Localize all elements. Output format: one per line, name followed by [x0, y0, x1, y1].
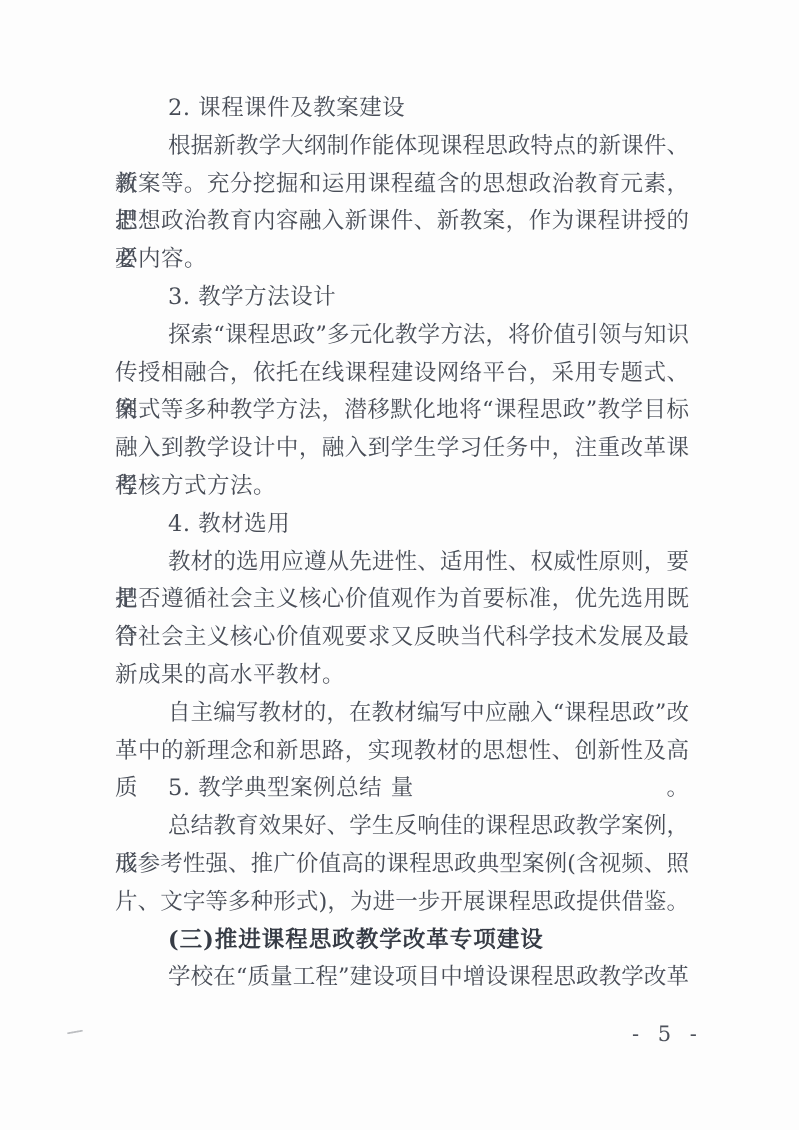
- text-line: 是否遵循社会主义核心价值观作为首要标准，优先选用既符: [115, 581, 689, 619]
- text-line: 例式等多种教学方法，潜移默化地将“课程思政”教学目标: [115, 392, 689, 430]
- text-line: 传授相融合，依托在线课程建设网络平台，采用专题式、案: [115, 355, 689, 393]
- text-line: 学校在“质量工程”建设项目中增设课程思政教学改革: [115, 959, 689, 997]
- text-line: 片、文字等多种形式)，为进一步开展课程思政提供借鉴。: [115, 884, 689, 922]
- text-line: 新成果的高水平教材。: [115, 657, 689, 695]
- text-line: 自主编写教材的，在教材编写中应融入“课程思政”改: [115, 695, 689, 733]
- text-line: 根据新教学大纲制作能体现课程思政特点的新课件、新: [115, 128, 689, 166]
- text-line: 思想政治教育内容融入新课件、新教案，作为课程讲授的必: [115, 203, 689, 241]
- text-line: 教材的选用应遵从先进性、适用性、权威性原则，要把: [115, 544, 689, 582]
- scan-artifact-mark: [67, 1030, 83, 1035]
- text-line: 融入到教学设计中，融入到学生学习任务中，注重改革课程: [115, 430, 689, 468]
- text-line: 要内容。: [115, 241, 689, 279]
- document-text-block: 2. 课程课件及教案建设 根据新教学大纲制作能体现课程思政特点的新课件、新 教案…: [115, 90, 689, 997]
- text-line: 考核方式方法。: [115, 468, 689, 506]
- text-line: 成参考性强、推广价值高的课程思政典型案例(含视频、照: [115, 846, 689, 884]
- text-line: 合社会主义核心价值观要求又反映当代科学技术发展及最: [115, 619, 689, 657]
- numbered-heading: 2. 课程课件及教案建设: [115, 90, 689, 128]
- numbered-heading: 3. 教学方法设计: [115, 279, 689, 317]
- scanned-document-page: 2. 课程课件及教案建设 根据新教学大纲制作能体现课程思政特点的新课件、新 教案…: [0, 0, 799, 1130]
- text-line: 革中的新理念和新思路，实现教材的思想性、创新性及高质量。: [115, 733, 689, 771]
- section-heading: (三)推进课程思政教学改革专项建设: [115, 922, 689, 960]
- text-line: 探索“课程思政”多元化教学方法，将价值引领与知识: [115, 317, 689, 355]
- text-line: 教案等。充分挖掘和运用课程蕴含的思想政治教育元素，把: [115, 166, 689, 204]
- numbered-heading: 4. 教材选用: [115, 506, 689, 544]
- text-line: 总结教育效果好、学生反响佳的课程思政教学案例，形: [115, 808, 689, 846]
- page-number: - 5 -: [632, 1022, 703, 1046]
